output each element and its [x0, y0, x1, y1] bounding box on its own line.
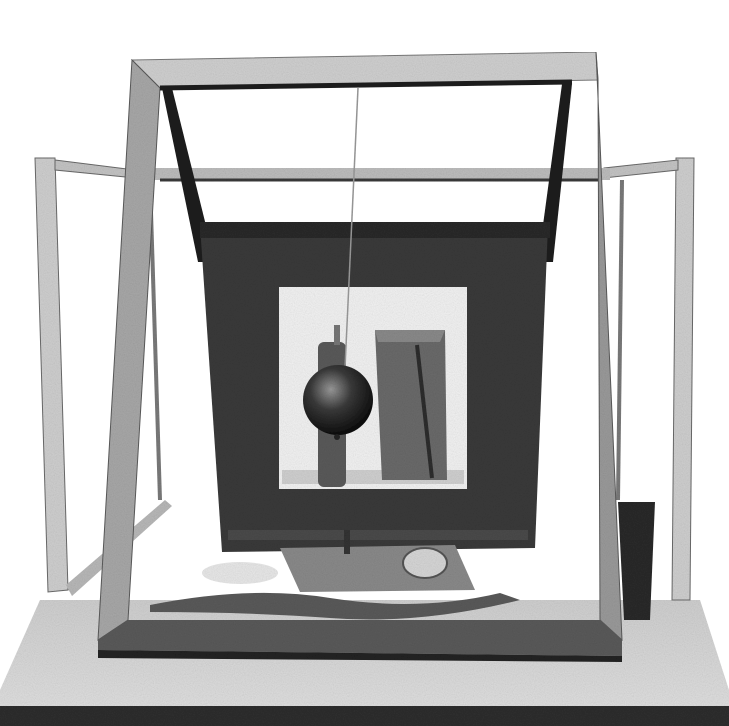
floor-shadow	[0, 706, 729, 726]
metal-sphere	[303, 365, 373, 435]
back-rail	[155, 168, 610, 180]
photograph	[0, 0, 729, 726]
dark-vessel	[618, 502, 655, 620]
wooden-block	[375, 330, 447, 480]
